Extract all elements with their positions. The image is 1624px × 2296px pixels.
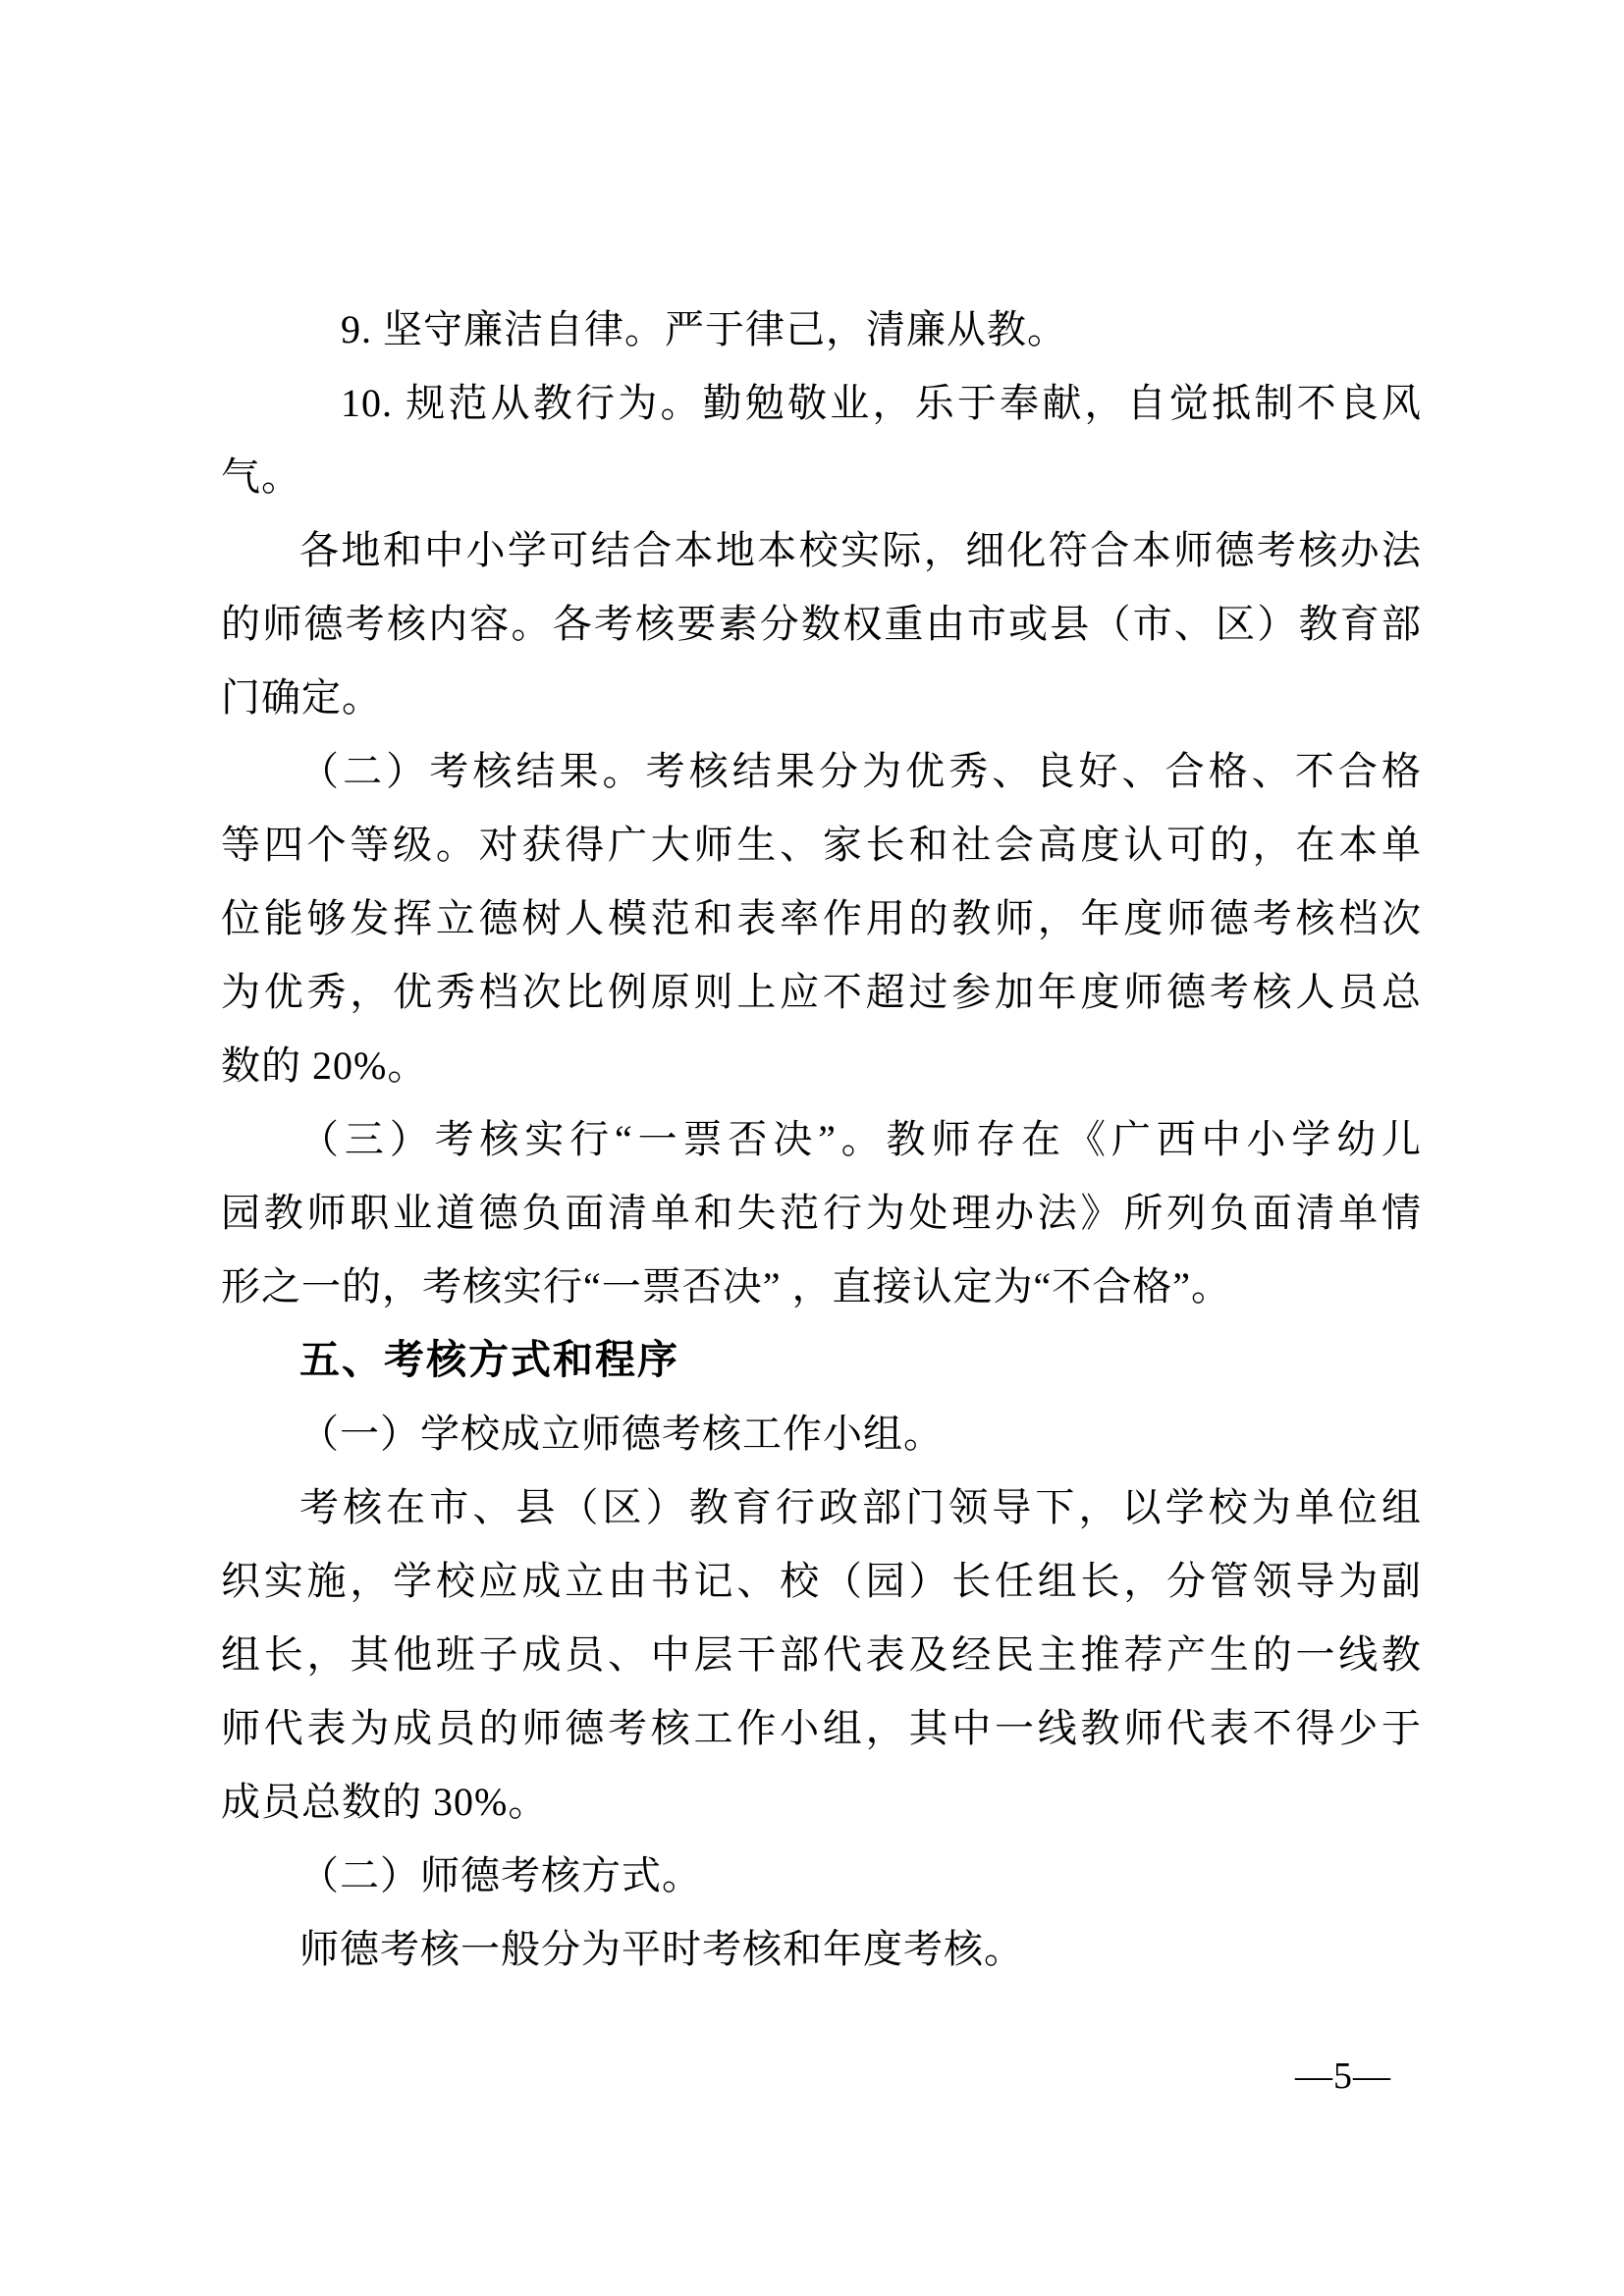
doc-line: （二）师德考核方式。: [221, 1839, 1422, 1912]
doc-line: 等四个等级。对获得广大师生、家长和社会高度认可的，在本单: [221, 808, 1422, 881]
doc-line: 园教师职业道德负面清单和失范行为处理办法》所列负面清单情: [221, 1176, 1422, 1250]
doc-line: 师德考核一般分为平时考核和年度考核。: [221, 1912, 1422, 1986]
doc-line: 成员总数的 30%。: [221, 1765, 1422, 1839]
doc-line: 9. 坚守廉洁自律。严于律己，清廉从教。: [221, 293, 1422, 366]
doc-line: 为优秀，优秀档次比例原则上应不超过参加年度师德考核人员总: [221, 955, 1422, 1029]
doc-line: 组长，其他班子成员、中层干部代表及经民主推荐产生的一线教: [221, 1618, 1422, 1691]
doc-line: 门确定。: [221, 661, 1422, 734]
doc-line: 位能够发挥立德树人模范和表率作用的教师，年度师德考核档次: [221, 881, 1422, 955]
section-heading-5: 五、考核方式和程序: [221, 1323, 1422, 1397]
doc-line: 考核在市、县（区）教育行政部门领导下，以学校为单位组: [221, 1470, 1422, 1544]
doc-line: 形之一的，考核实行“一票否决” ，直接认定为“不合格”。: [221, 1250, 1422, 1323]
document-body: 9. 坚守廉洁自律。严于律己，清廉从教。 10. 规范从教行为。勤勉敬业，乐于奉…: [221, 293, 1422, 1986]
doc-line: 数的 20%。: [221, 1029, 1422, 1102]
doc-line: 织实施，学校应成立由书记、校（园）长任组长，分管领导为副: [221, 1544, 1422, 1618]
doc-line: 各地和中小学可结合本地本校实际，细化符合本师德考核办法: [221, 513, 1422, 587]
doc-line: 10. 规范从教行为。勤勉敬业，乐于奉献，自觉抵制不良风: [221, 366, 1422, 440]
doc-line: （二）考核结果。考核结果分为优秀、良好、合格、不合格: [221, 734, 1422, 808]
doc-line: 师代表为成员的师德考核工作小组，其中一线教师代表不得少于: [221, 1691, 1422, 1765]
doc-line: （一）学校成立师德考核工作小组。: [221, 1397, 1422, 1470]
page-number: —5—: [1295, 2055, 1391, 2098]
doc-line: 气。: [221, 440, 1422, 513]
doc-line: （三）考核实行“一票否决”。教师存在《广西中小学幼儿: [221, 1102, 1422, 1176]
doc-line: 的师德考核内容。各考核要素分数权重由市或县（市、区）教育部: [221, 587, 1422, 661]
document-page: 9. 坚守廉洁自律。严于律己，清廉从教。 10. 规范从教行为。勤勉敬业，乐于奉…: [0, 0, 1624, 2296]
